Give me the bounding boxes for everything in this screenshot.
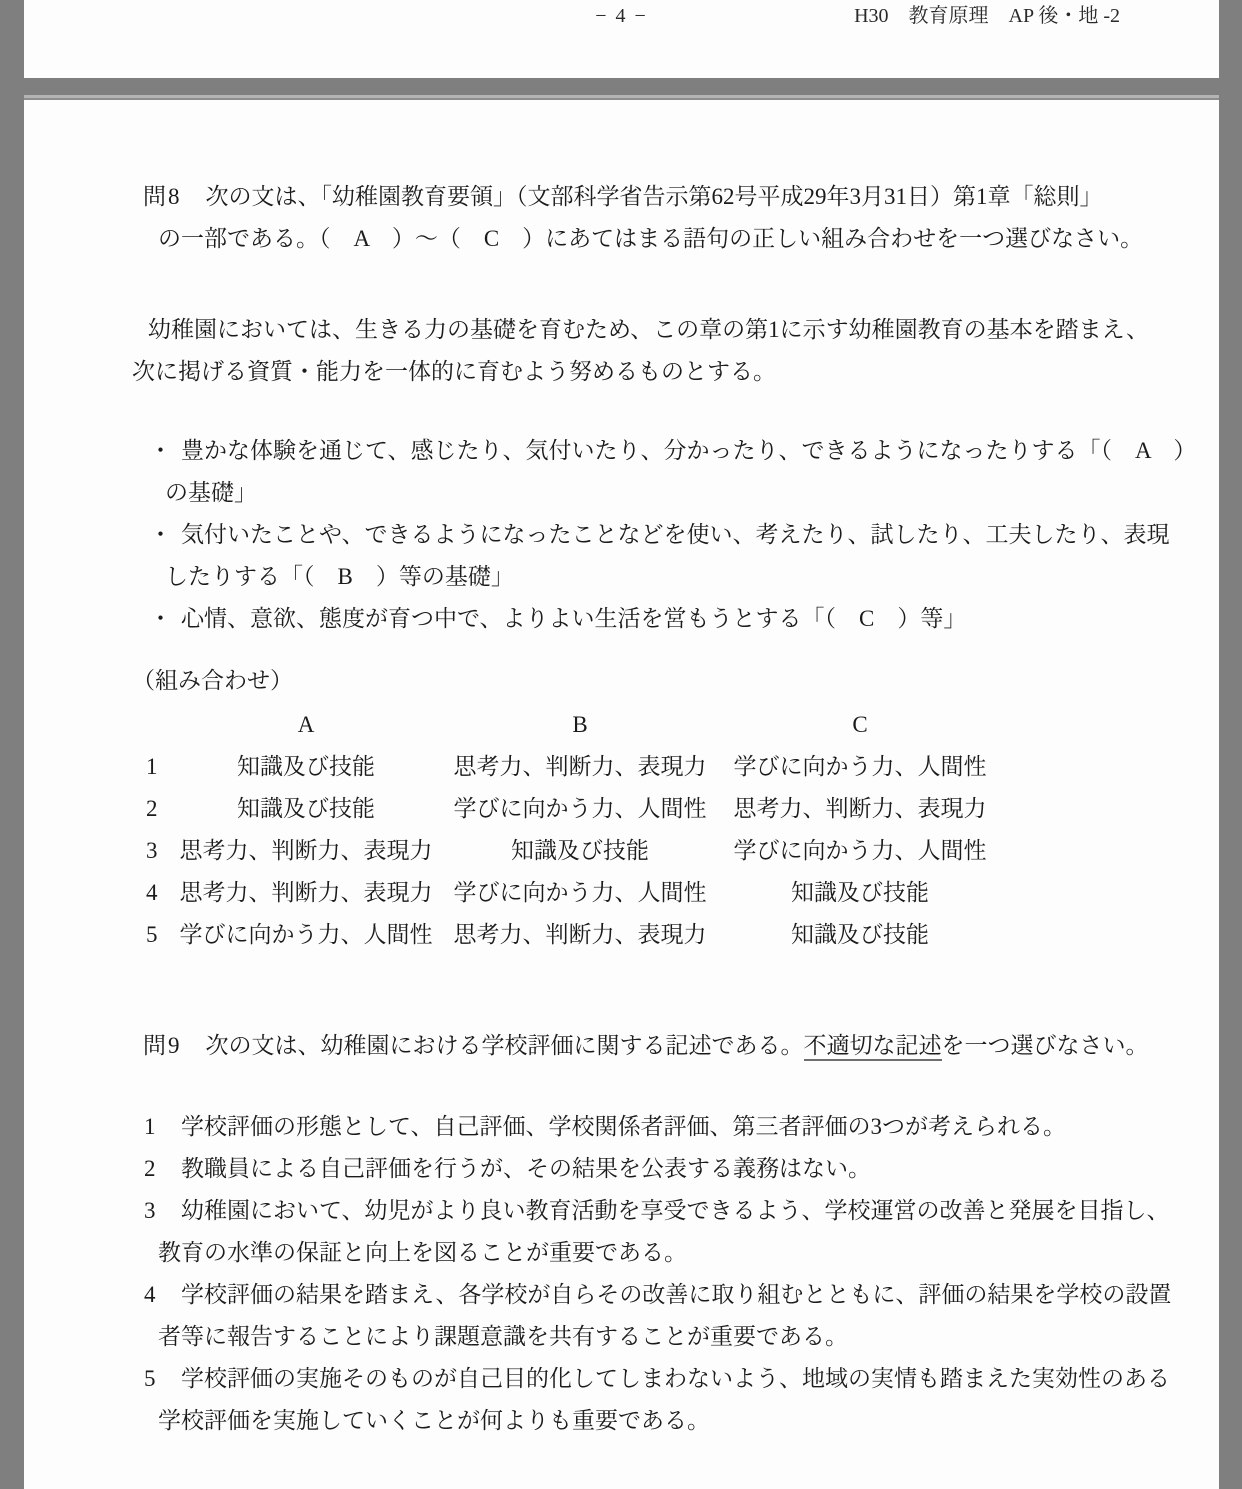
previous-page-bottom: − 4 − H30 教育原理 AP 後・地 -2 [24,0,1219,78]
bullet-dot: ・ [149,598,181,640]
cell-a: 思考力、判断力、表現力 [172,872,440,914]
option-text: 幼稚園において、幼児がより良い教育活動を享受できるよう、学校運営の改善と発展を目… [181,1190,1170,1232]
question-8-bullet-list: ・ 豊かな体験を通じて、感じたり、気付いたり、分かったり、できるようになったりす… [132,430,1123,640]
cell-c: 学びに向かう力、人間性 [720,746,1000,788]
question-8-stem-text: 次の文は、「幼稚園教育要領」（文部科学省告示第62号平成29年3月31日）第1章… [206,176,1103,218]
table-row: 4 思考力、判断力、表現力 学びに向かう力、人間性 知識及び技能 [132,872,1123,914]
table-header-b: B [440,704,720,746]
option-text-continuation: 者等に報告することにより課題意識を共有することが重要である。 [132,1316,1123,1358]
option-item: 3 幼稚園において、幼児がより良い教育活動を享受できるよう、学校運営の改善と発展… [132,1190,1123,1232]
question-9-options: 1 学校評価の形態として、自己評価、学校関係者評価、第三者評価の3つが考えられる… [132,1106,1123,1442]
table-row: 5 学びに向かう力、人間性 思考力、判断力、表現力 知識及び技能 [132,914,1123,956]
row-number: 1 [132,746,172,788]
option-text-continuation: 教育の水準の保証と向上を図ることが重要である。 [132,1232,1123,1274]
exam-page: 問8 次の文は、「幼稚園教育要領」（文部科学省告示第62号平成29年3月31日）… [24,100,1219,1489]
bullet-dot: ・ [149,430,181,472]
row-number: 3 [132,830,172,872]
document-label: H30 教育原理 AP 後・地 -2 [854,4,1120,28]
question-9-stem-text: 次の文は、幼稚園における学校評価に関する記述である。不適切な記述を一つ選びなさい… [206,1025,1149,1067]
question-8-stem-line-2: の一部である。（ A ）～（ C ）にあてはまる語句の正しい組み合わせを一つ選び… [132,218,1123,260]
exam-page-content: 問8 次の文は、「幼稚園教育要領」（文部科学省告示第62号平成29年3月31日）… [24,100,1219,1442]
bullet-item: ・ 気付いたことや、できるようになったことなどを使い、考えたり、試したり、工夫し… [132,514,1123,556]
option-text: 学校評価の実施そのものが自己目的化してしまわないよう、地域の実情も踏まえた実効性… [181,1358,1170,1400]
option-item: 5 学校評価の実施そのものが自己目的化してしまわないよう、地域の実情も踏まえた実… [132,1358,1123,1400]
option-number: 4 [144,1274,181,1316]
question-8: 問8 次の文は、「幼稚園教育要領」（文部科学省告示第62号平成29年3月31日）… [132,176,1123,956]
underlined-phrase: 不適切な記述 [804,1033,942,1061]
cell-c: 思考力、判断力、表現力 [720,788,1000,830]
cell-a: 知識及び技能 [172,788,440,830]
cell-a: 学びに向かう力、人間性 [172,914,440,956]
table-header-row: A B C [132,704,1123,746]
stem-text-post: を一つ選びなさい。 [942,1033,1149,1058]
question-9-stem: 問9 次の文は、幼稚園における学校評価に関する記述である。不適切な記述を一つ選び… [132,1025,1123,1067]
bullet-text: 心情、意欲、態度が育つ中で、よりよい生活を営もうとする「（ C ）等」 [181,598,966,640]
question-8-label: 問8 [143,176,182,218]
bullet-text: 豊かな体験を通じて、感じたり、気付いたり、分かったり、できるようになったりする「… [181,430,1196,472]
option-item: 2 教職員による自己評価を行うが、その結果を公表する義務はない。 [132,1148,1123,1190]
table-header-c: C [720,704,1000,746]
bullet-text-continuation: の基礎」 [132,472,1123,514]
row-number: 5 [132,914,172,956]
option-text: 学校評価の形態として、自己評価、学校関係者評価、第三者評価の3つが考えられる。 [181,1106,1066,1148]
option-text-continuation: 学校評価を実施していくことが何よりも重要である。 [132,1400,1123,1442]
cell-b: 思考力、判断力、表現力 [440,746,720,788]
previous-page-footer: − 4 − H30 教育原理 AP 後・地 -2 [24,0,1219,78]
cell-c: 学びに向かう力、人間性 [720,830,1000,872]
cell-c: 知識及び技能 [720,914,1000,956]
table-row: 2 知識及び技能 学びに向かう力、人間性 思考力、判断力、表現力 [132,788,1123,830]
option-number: 5 [144,1358,181,1400]
option-number: 3 [144,1190,181,1232]
question-8-passage: 幼稚園においては、生きる力の基礎を育むため、この章の第1に示す幼稚園教育の基本を… [132,309,1123,393]
document-viewport: { "prev_page_footer": { "page_number": "… [0,0,1242,1489]
passage-line-2: 次に掲げる資質・能力を一体的に育むよう努めるものとする。 [132,351,1123,393]
bullet-item: ・ 心情、意欲、態度が育つ中で、よりよい生活を営もうとする「（ C ）等」 [132,598,1123,640]
combination-heading: （組み合わせ） [132,660,1123,702]
cell-b: 学びに向かう力、人間性 [440,788,720,830]
question-8-stem-line-1: 問8 次の文は、「幼稚園教育要領」（文部科学省告示第62号平成29年3月31日）… [132,176,1123,218]
cell-c: 知識及び技能 [720,872,1000,914]
option-text: 教職員による自己評価を行うが、その結果を公表する義務はない。 [181,1148,871,1190]
stem-text-pre: 次の文は、幼稚園における学校評価に関する記述である。 [206,1033,804,1058]
cell-a: 知識及び技能 [172,746,440,788]
option-number: 1 [144,1106,181,1148]
question-9: 問9 次の文は、幼稚園における学校評価に関する記述である。不適切な記述を一つ選び… [132,1025,1123,1442]
cell-b: 思考力、判断力、表現力 [440,914,720,956]
table-row: 3 思考力、判断力、表現力 知識及び技能 学びに向かう力、人間性 [132,830,1123,872]
bullet-text-continuation: したりする「（ B ）等の基礎」 [132,556,1123,598]
option-item: 1 学校評価の形態として、自己評価、学校関係者評価、第三者評価の3つが考えられる… [132,1106,1123,1148]
passage-line-1: 幼稚園においては、生きる力の基礎を育むため、この章の第1に示す幼稚園教育の基本を… [132,309,1123,351]
cell-b: 学びに向かう力、人間性 [440,872,720,914]
page-number: − 4 − [595,4,648,28]
row-number: 4 [132,872,172,914]
table-row: 1 知識及び技能 思考力、判断力、表現力 学びに向かう力、人間性 [132,746,1123,788]
table-header-a: A [172,704,440,746]
page-gap [0,78,1242,95]
option-text: 学校評価の結果を踏まえ、各学校が自らその改善に取り組むとともに、評価の結果を学校… [181,1274,1171,1316]
bullet-text: 気付いたことや、できるようになったことなどを使い、考えたり、試したり、工夫したり… [181,514,1170,556]
bullet-dot: ・ [149,514,181,556]
combination-table: A B C 1 知識及び技能 思考力、判断力、表現力 学びに向かう力、人間性 2… [132,704,1123,956]
option-item: 4 学校評価の結果を踏まえ、各学校が自らその改善に取り組むとともに、評価の結果を… [132,1274,1123,1316]
question-9-label: 問9 [143,1025,182,1067]
bullet-item: ・ 豊かな体験を通じて、感じたり、気付いたり、分かったり、できるようになったりす… [132,430,1123,472]
cell-a: 思考力、判断力、表現力 [172,830,440,872]
table-header-spacer [132,704,172,746]
option-number: 2 [144,1148,181,1190]
cell-b: 知識及び技能 [440,830,720,872]
row-number: 2 [132,788,172,830]
